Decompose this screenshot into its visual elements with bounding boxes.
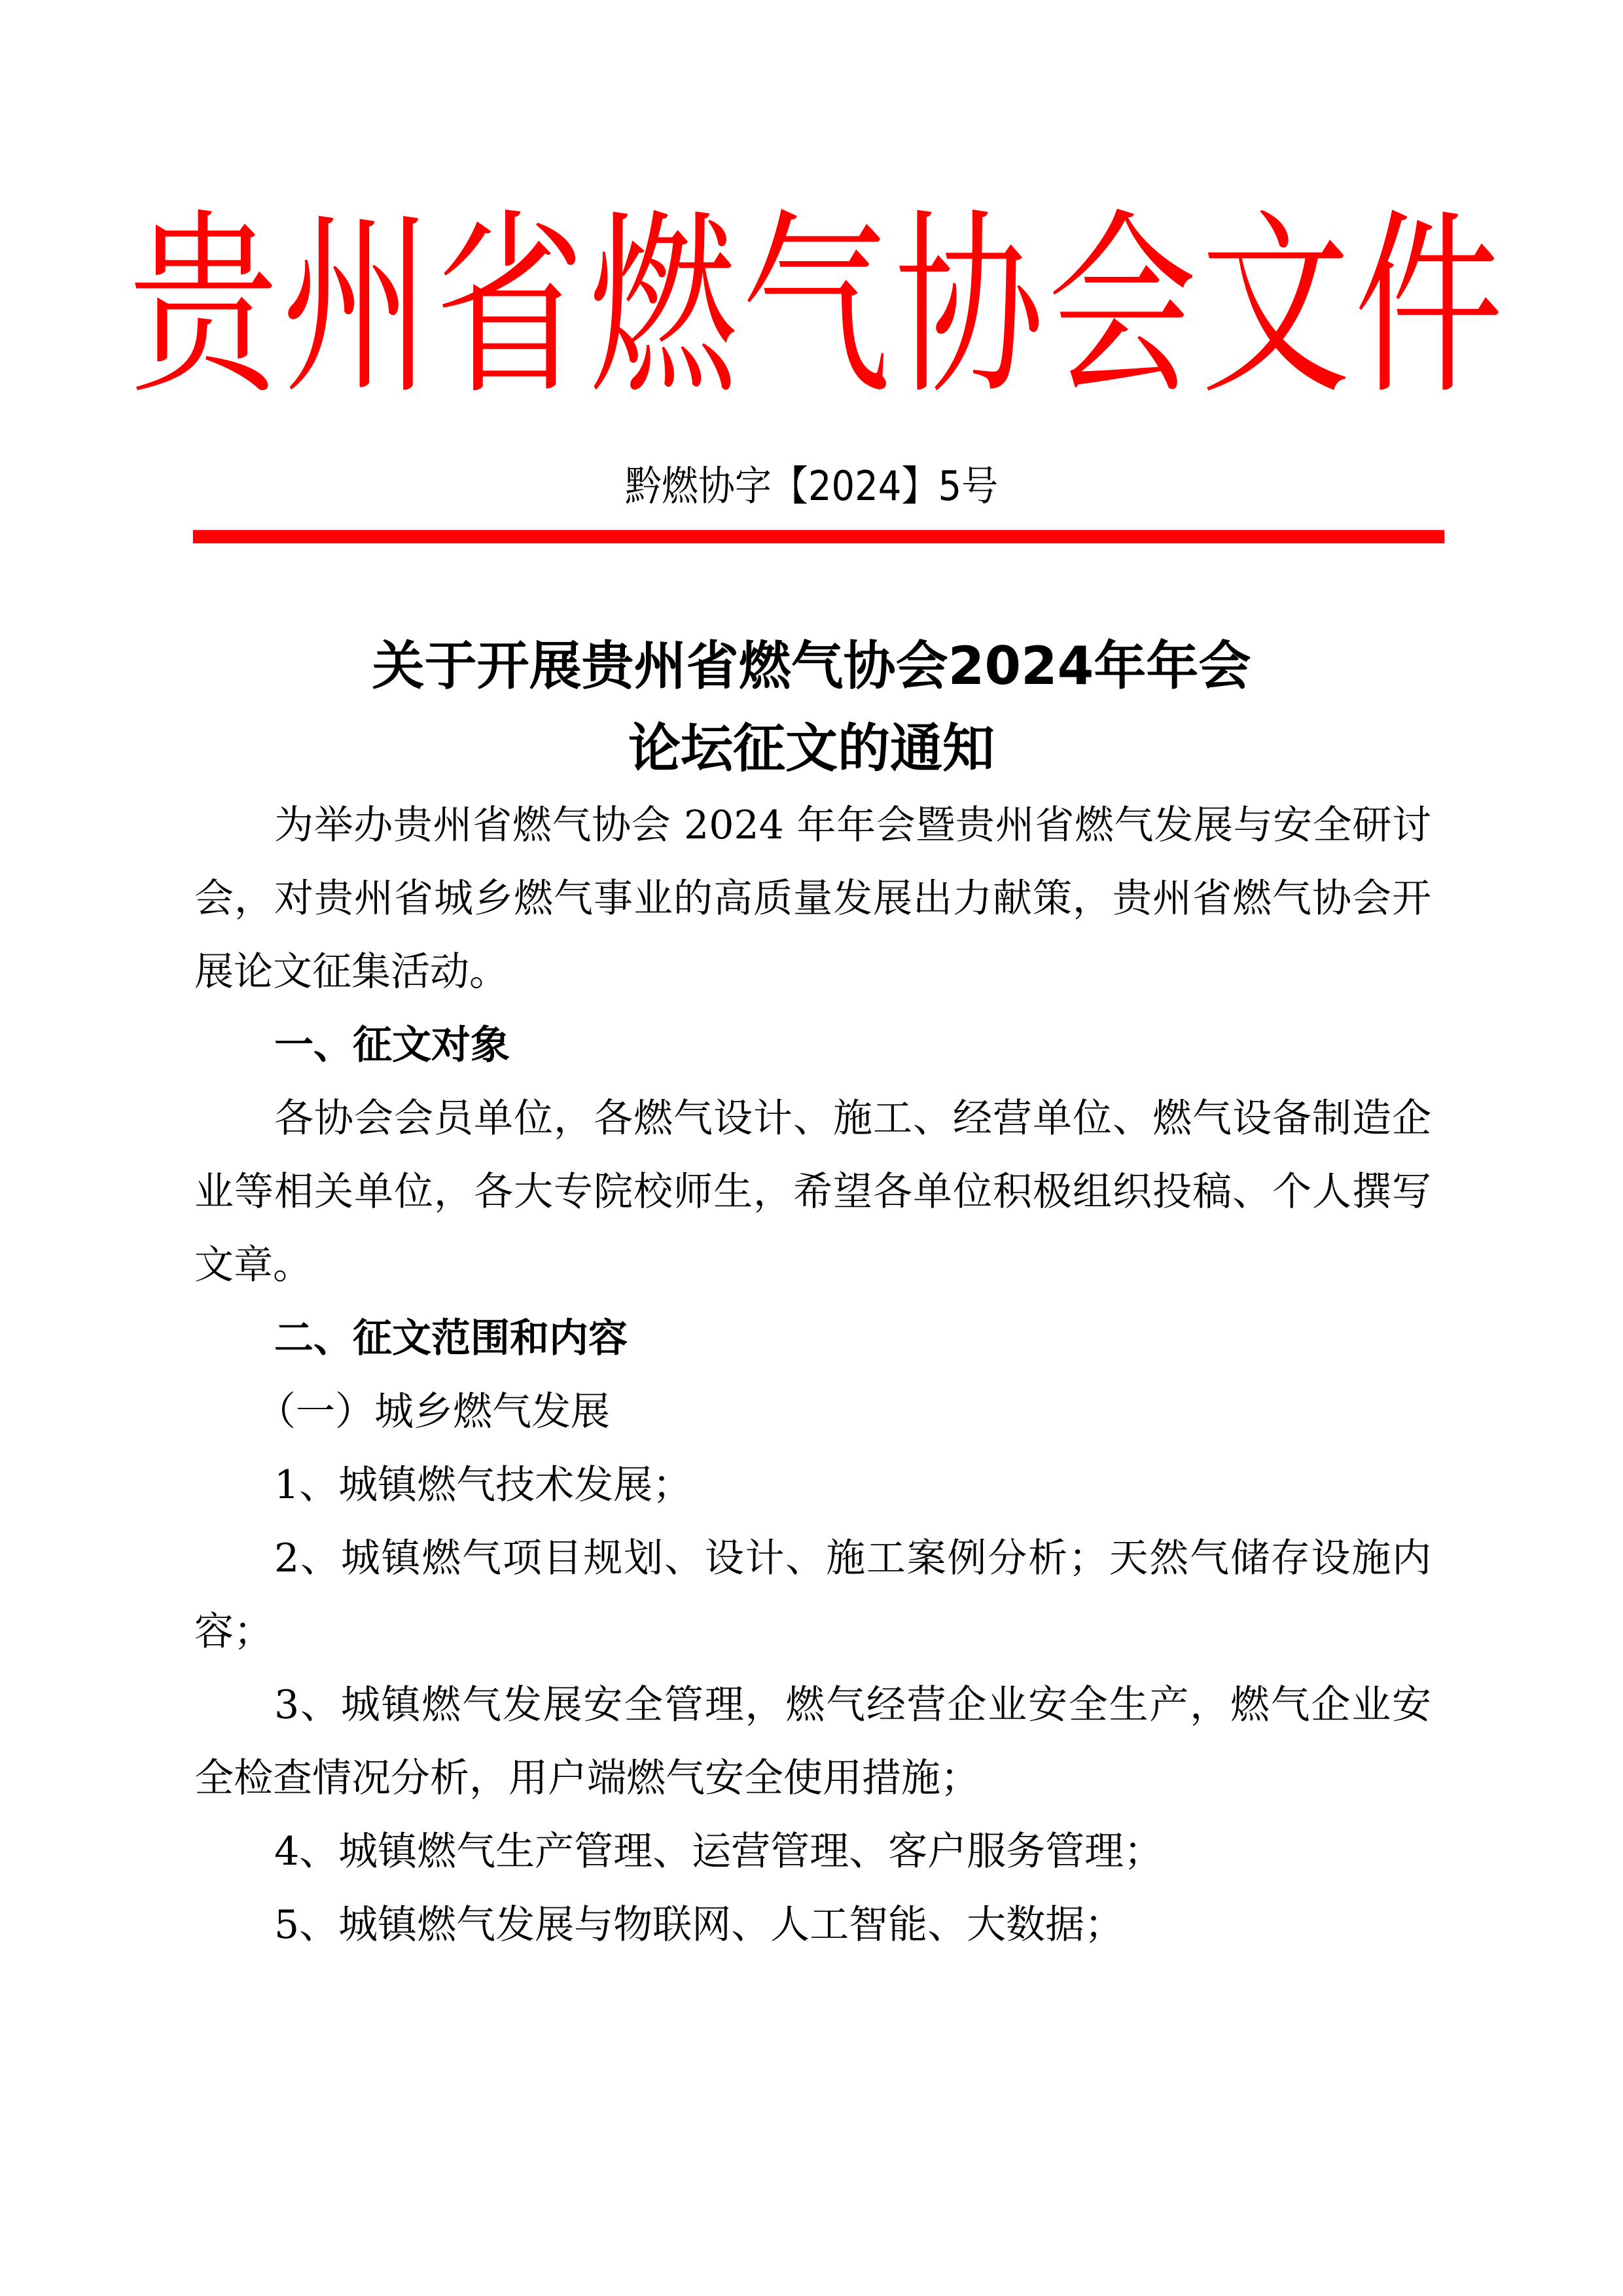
section-1-paragraph: 各协会会员单位，各燃气设计、施工、经营单位、燃气设备制造企业等相关单位，各大专院… [194,1082,1431,1302]
document-number: 黔燃协字【2024】5号 [0,463,1623,511]
intro-paragraph: 为举办贵州省燃气协会 2024 年年会暨贵州省燃气发展与安全研讨会，对贵州省城乡… [194,789,1431,1009]
notice-title-line-2: 论坛征文的通知 [0,708,1623,790]
document-page: 贵州省燃气协会文件 黔燃协字【2024】5号 关于开展贵州省燃气协会2024年年… [0,0,1623,2296]
document-body: 为举办贵州省燃气协会 2024 年年会暨贵州省燃气发展与安全研讨会，对贵州省城乡… [194,789,1431,1962]
list-item: 1、城镇燃气技术发展； [194,1448,1431,1522]
notice-title-line-1: 关于开展贵州省燃气协会2024年年会 [0,625,1623,708]
red-divider-rule [193,530,1444,543]
masthead-title: 贵州省燃气协会文件 [196,177,1440,436]
list-item: 3、城镇燃气发展安全管理，燃气经营企业安全生产，燃气企业安全检查情况分析，用户端… [194,1668,1431,1815]
list-item: 2、城镇燃气项目规划、设计、施工案例分析；天然气储存设施内容； [194,1522,1431,1668]
subsection-heading: （一）城乡燃气发展 [194,1375,1431,1448]
list-item: 4、城镇燃气生产管理、运营管理、客户服务管理； [194,1815,1431,1888]
section-heading-2: 二、征文范围和内容 [194,1302,1431,1375]
list-item: 5、城镇燃气发展与物联网、人工智能、大数据； [194,1888,1431,1962]
notice-title: 关于开展贵州省燃气协会2024年年会 论坛征文的通知 [0,625,1623,790]
section-heading-1: 一、征文对象 [194,1009,1431,1082]
